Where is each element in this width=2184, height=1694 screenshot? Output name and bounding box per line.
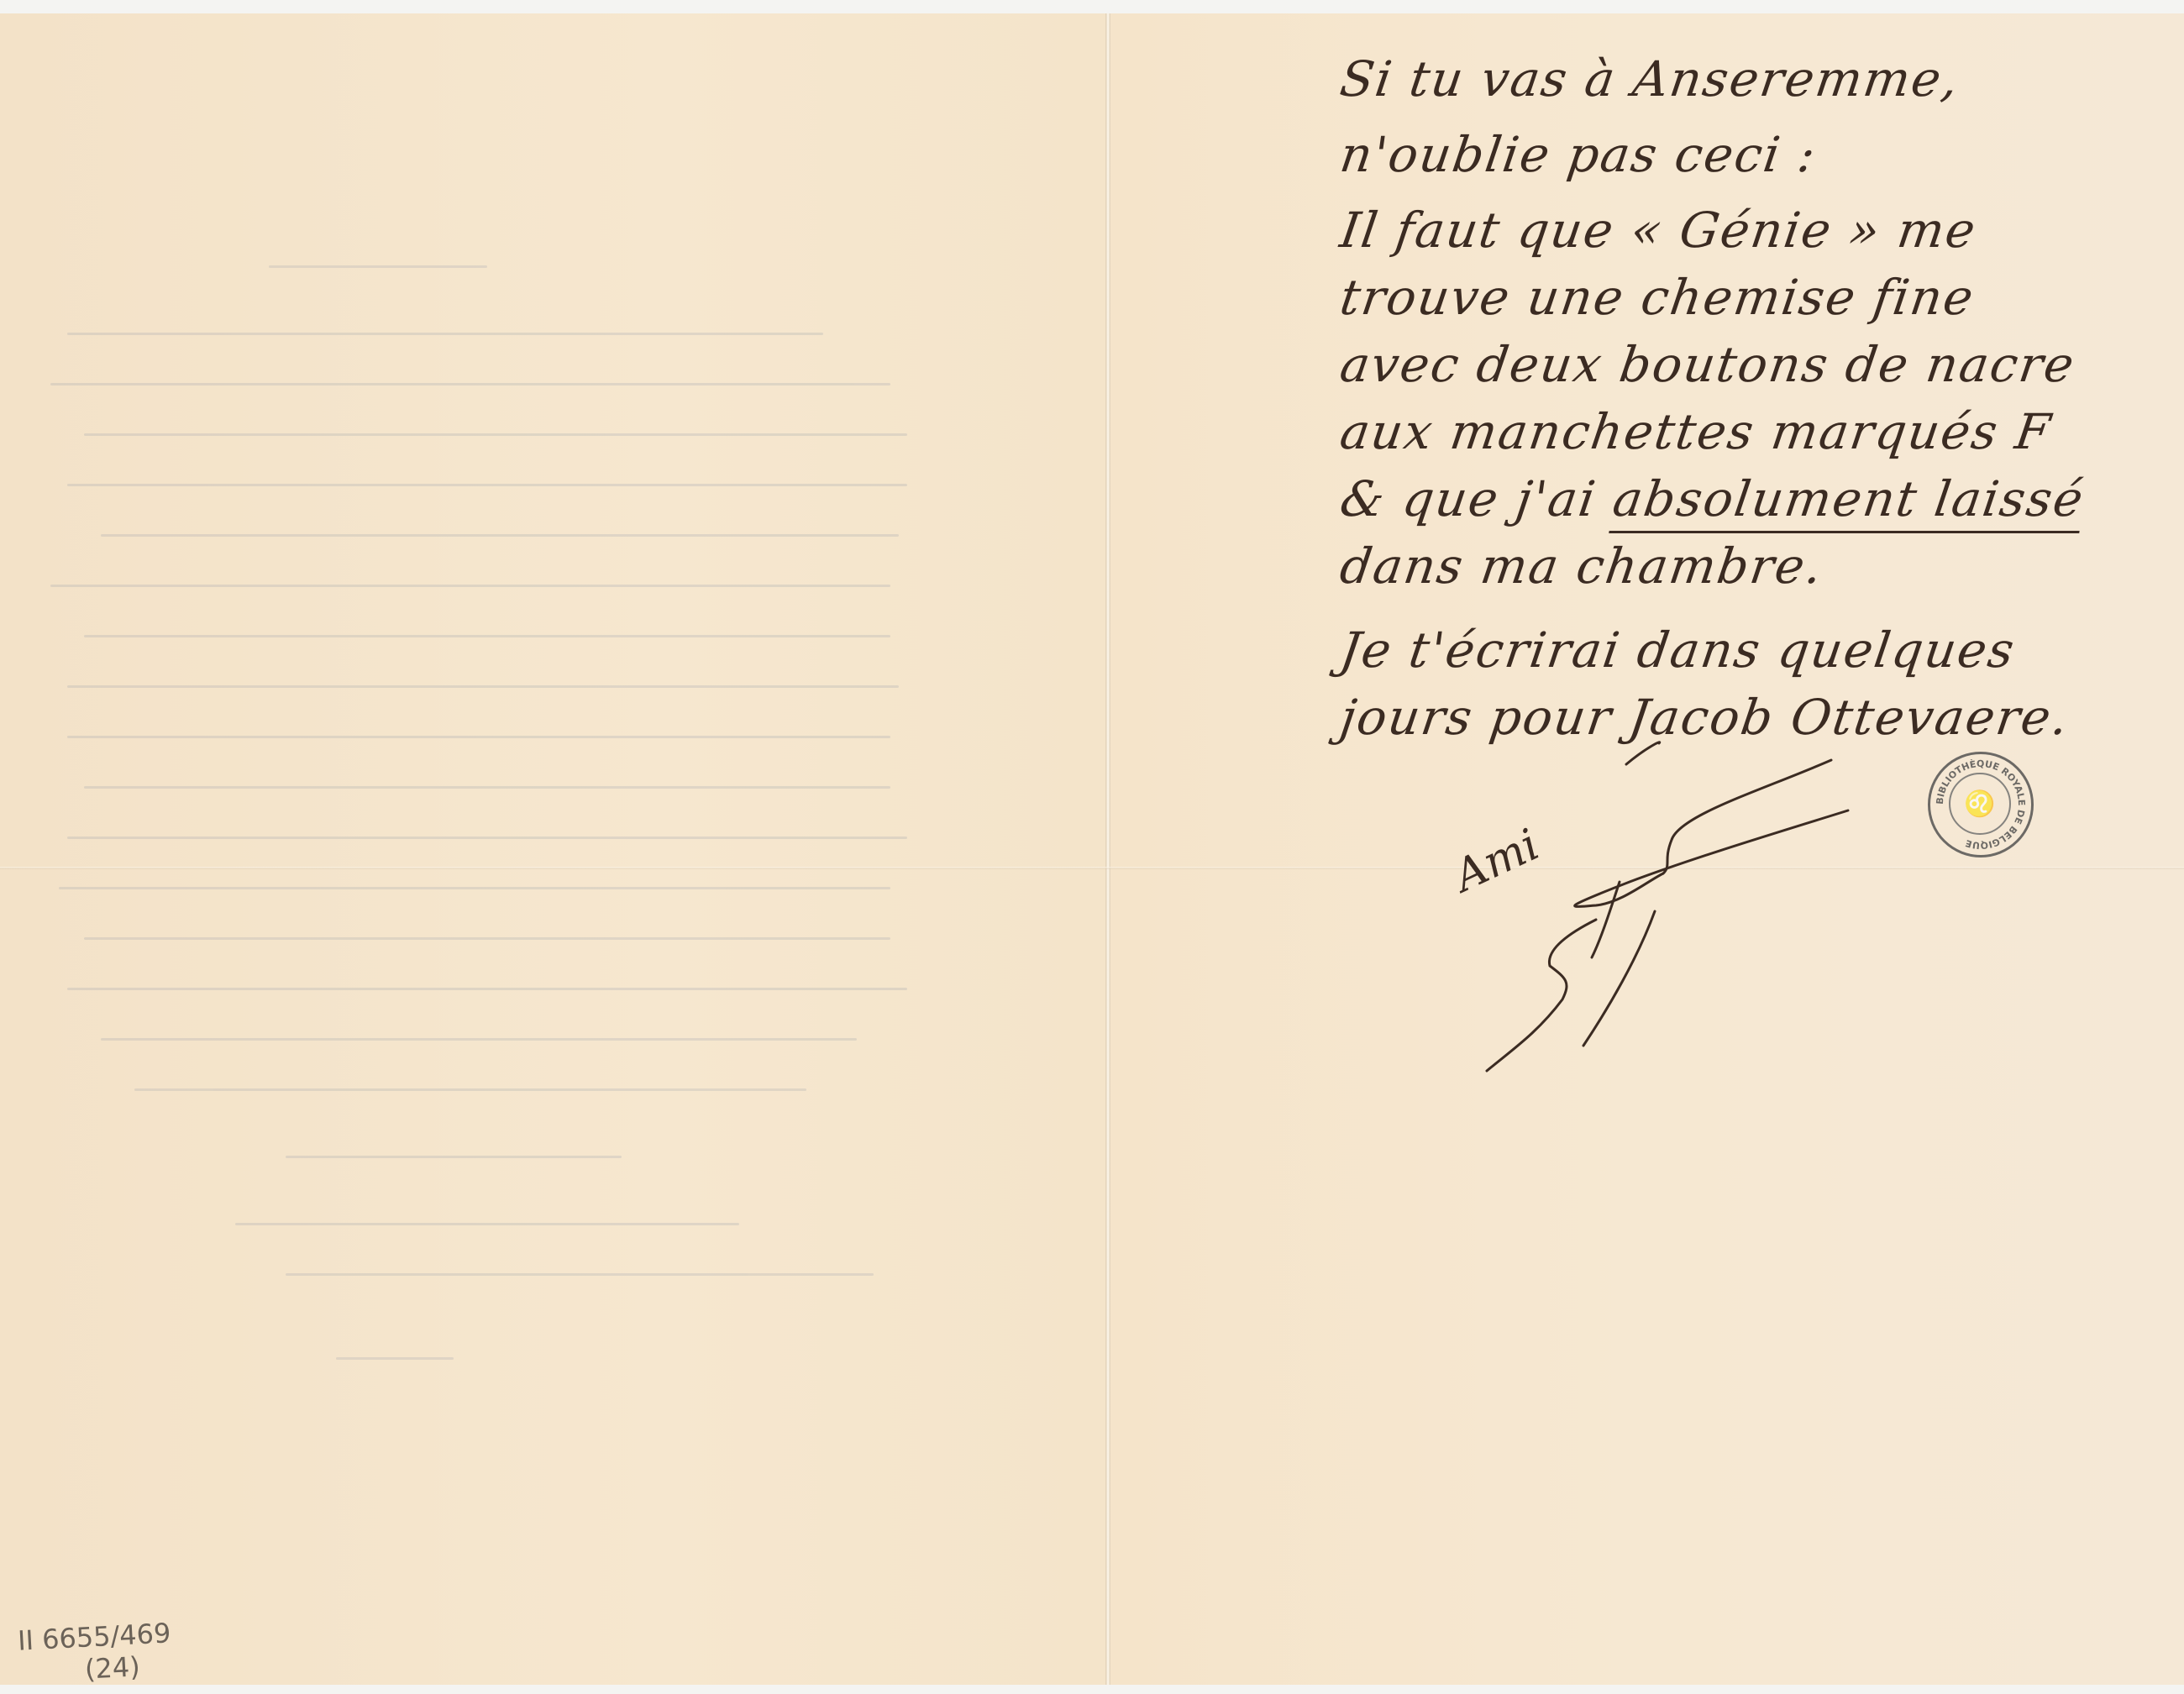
bleed-through-text — [34, 265, 958, 1399]
letter-line: dans ma chambre. — [1336, 538, 1827, 595]
left-page-verso — [0, 13, 1107, 1685]
letter-line: n'oublie pas ceci : — [1336, 126, 1820, 183]
letter-line: Je t'écrirai dans quelques — [1336, 621, 2019, 679]
shelfmark: II 6655/469 (24) — [17, 1617, 173, 1688]
letter-line-start: & que j'ai — [1336, 470, 1617, 527]
letter-line: Si tu vas à Anseremme, — [1336, 50, 1963, 108]
letter-line: aux manchettes marqués F — [1336, 403, 2055, 460]
letter-line: & que j'ai absolument laissé — [1336, 470, 2088, 527]
center-fold — [1105, 13, 1110, 1685]
letter-line: avec deux boutons de nacre — [1336, 336, 2079, 393]
lion-icon: ♌ — [1949, 773, 2011, 835]
letter-line: jours pour Jacob Ottevaere. — [1336, 689, 2073, 746]
letter-line: trouve une chemise fine — [1336, 269, 1978, 326]
letter-line: Il faut que « Génie » me — [1336, 202, 1980, 259]
underlined-phrase: absolument laissé — [1609, 470, 2088, 533]
signature-monogram-icon — [1428, 739, 1898, 1092]
library-stamp: BIBLIOTHÈQUE ROYALE DE BELGIQUE ♌ — [1928, 752, 2034, 857]
